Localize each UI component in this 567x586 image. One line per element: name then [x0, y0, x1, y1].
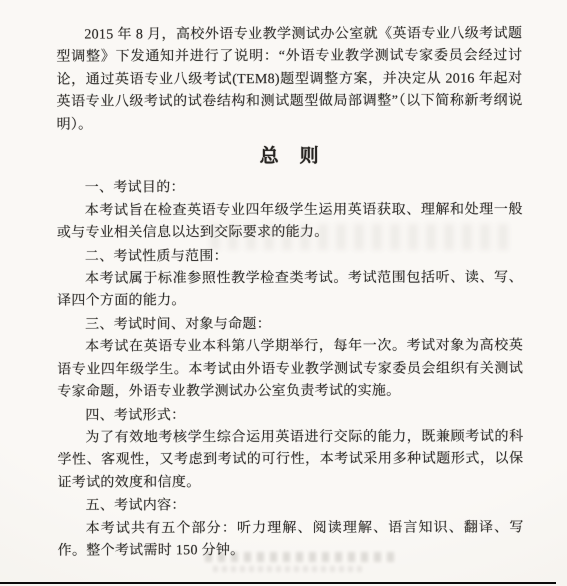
section-exam-time-subjects: 三、考试时间、对象与命题： 本考试在英语专业本科第八学期举行，每年一次。考试对象… [57, 313, 523, 404]
section-title: 二、考试性质与范围： [57, 245, 523, 269]
section-exam-purpose: 一、考试目的： 本考试旨在检查英语专业四年级学生运用英语获取、理解和处理一般或与… [57, 177, 523, 245]
section-body: 本考试共有五个部分：听力理解、阅读理解、语言知识、翻译、写作。整个考试需时 15… [58, 517, 524, 563]
general-rules-heading: 总 则 [57, 145, 523, 169]
section-body: 本考试在英语专业本科第八学期举行，每年一次。考试对象为高校英语专业四年级学生。本… [57, 336, 523, 404]
document-text-block: 2015 年 8 月，高校外语专业教学测试办公室就《英语专业八级考试题型调整》下… [56, 23, 523, 563]
page-bottom-border [0, 582, 556, 584]
section-title: 五、考试内容： [58, 495, 524, 519]
scanned-document-page: 2015 年 8 月，高校外语专业教学测试办公室就《英语专业八级考试题型调整》下… [0, 0, 567, 586]
section-body: 为了有效地考核学生综合运用英语进行交际的能力，既兼顾考试的科学性、客观性，又考虑… [57, 426, 523, 494]
section-exam-format: 四、考试形式： 为了有效地考核学生综合运用英语进行交际的能力，既兼顾考试的科学性… [57, 404, 523, 495]
section-title: 四、考试形式： [57, 404, 523, 428]
section-body: 本考试属于标准参照性教学检查类考试。考试范围包括听、读、写、译四个方面的能力。 [57, 267, 523, 313]
section-title: 三、考试时间、对象与命题： [57, 313, 523, 337]
section-body: 本考试旨在检查英语专业四年级学生运用英语获取、理解和处理一般或与专业相关信息以达… [57, 199, 523, 245]
section-title: 一、考试目的： [57, 177, 523, 201]
section-exam-content: 五、考试内容： 本考试共有五个部分：听力理解、阅读理解、语言知识、翻译、写作。整… [58, 495, 524, 563]
intro-paragraph: 2015 年 8 月，高校外语专业教学测试办公室就《英语专业八级考试题型调整》下… [56, 23, 522, 136]
section-exam-nature-scope: 二、考试性质与范围： 本考试属于标准参照性教学检查类考试。考试范围包括听、读、写… [57, 245, 523, 313]
